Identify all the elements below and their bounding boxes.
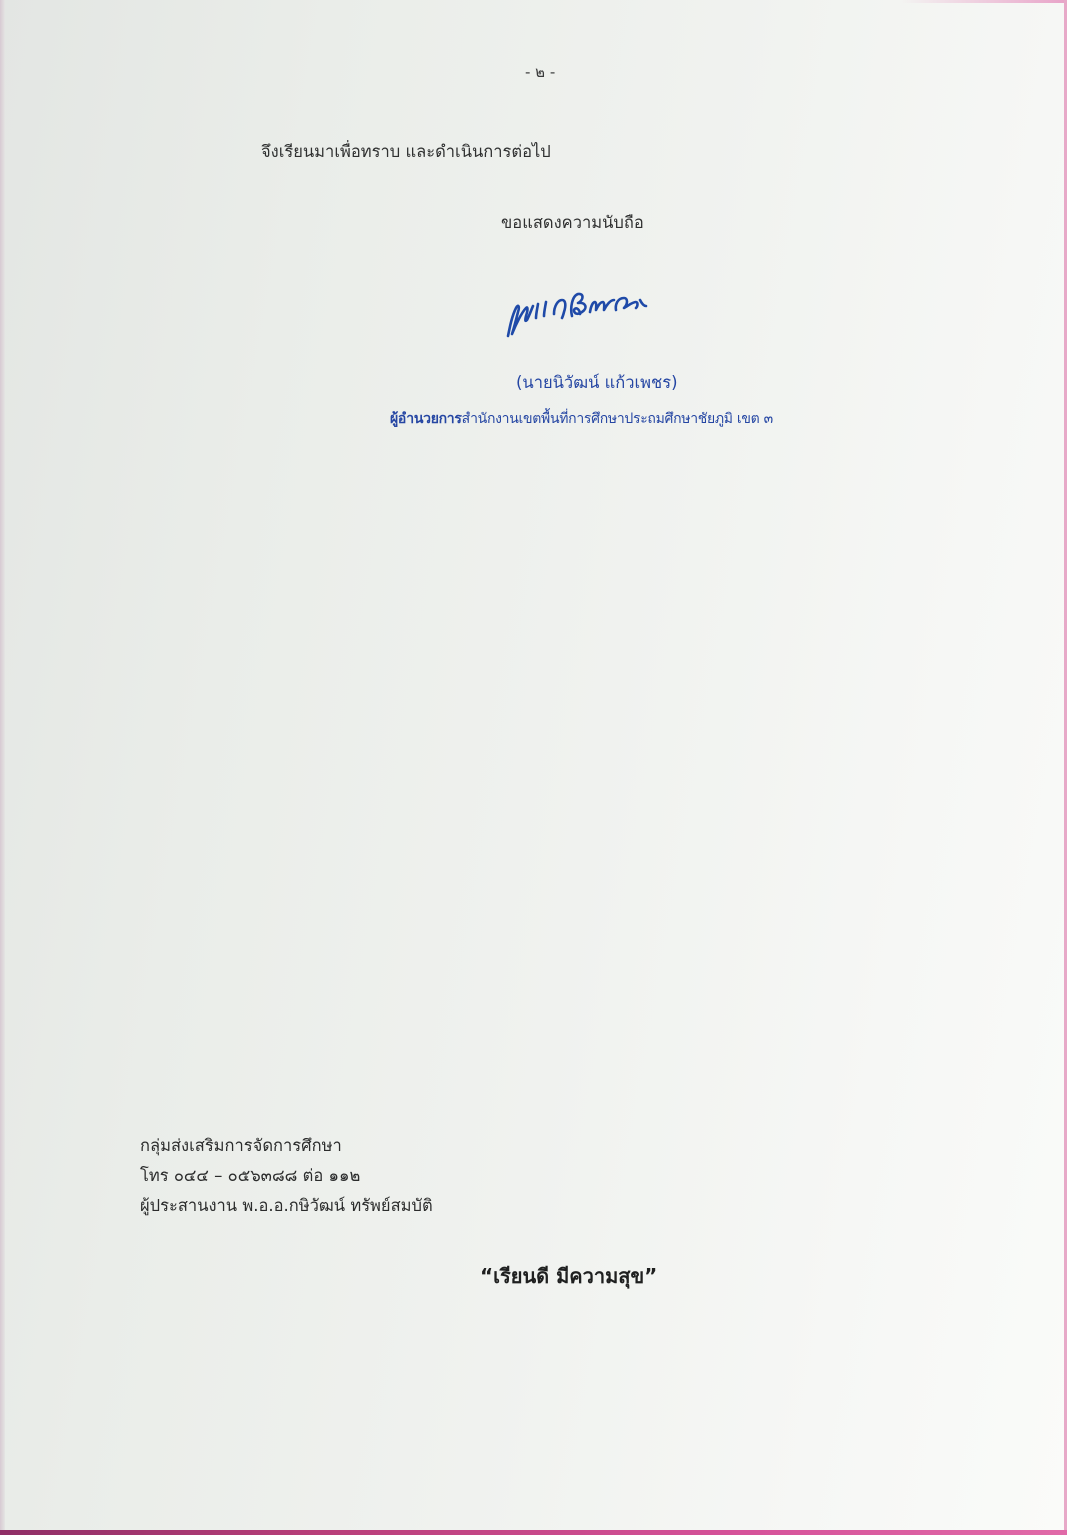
contact-coordinator: ผู้ประสานงาน พ.อ.อ.กษิวัฒน์ ทรัพย์สมบัติ — [140, 1196, 433, 1216]
signer-title-office: สำนักงานเขตพื้นที่การศึกษาประถมศึกษาชัยภ… — [462, 411, 773, 427]
contact-phone: โทร ๐๔๔ – ๐๕๖๓๘๘ ต่อ ๑๑๒ — [140, 1166, 360, 1186]
signer-title-position: ผู้อำนวยการ — [390, 411, 462, 427]
signer-name: (นายนิวัฒน์ แก้วเพชร) — [516, 373, 678, 393]
contact-department: กลุ่มส่งเสริมการจัดการศึกษา — [140, 1136, 342, 1156]
background-bottom-edge — [0, 1530, 1067, 1535]
signer-title: ผู้อำนวยการสำนักงานเขตพื้นที่การศึกษาประ… — [390, 409, 773, 429]
background-top-edge — [900, 0, 1067, 3]
handwritten-signature-icon — [500, 280, 660, 350]
closing-line: จึงเรียนมาเพื่อทราบ และดำเนินการต่อไป — [261, 142, 551, 162]
paper-left-edge — [0, 0, 5, 1530]
motto: “เรียนดี มีความสุข” — [480, 1264, 657, 1288]
salutation: ขอแสดงความนับถือ — [501, 213, 644, 233]
page-number: - ๒ - — [525, 62, 555, 82]
